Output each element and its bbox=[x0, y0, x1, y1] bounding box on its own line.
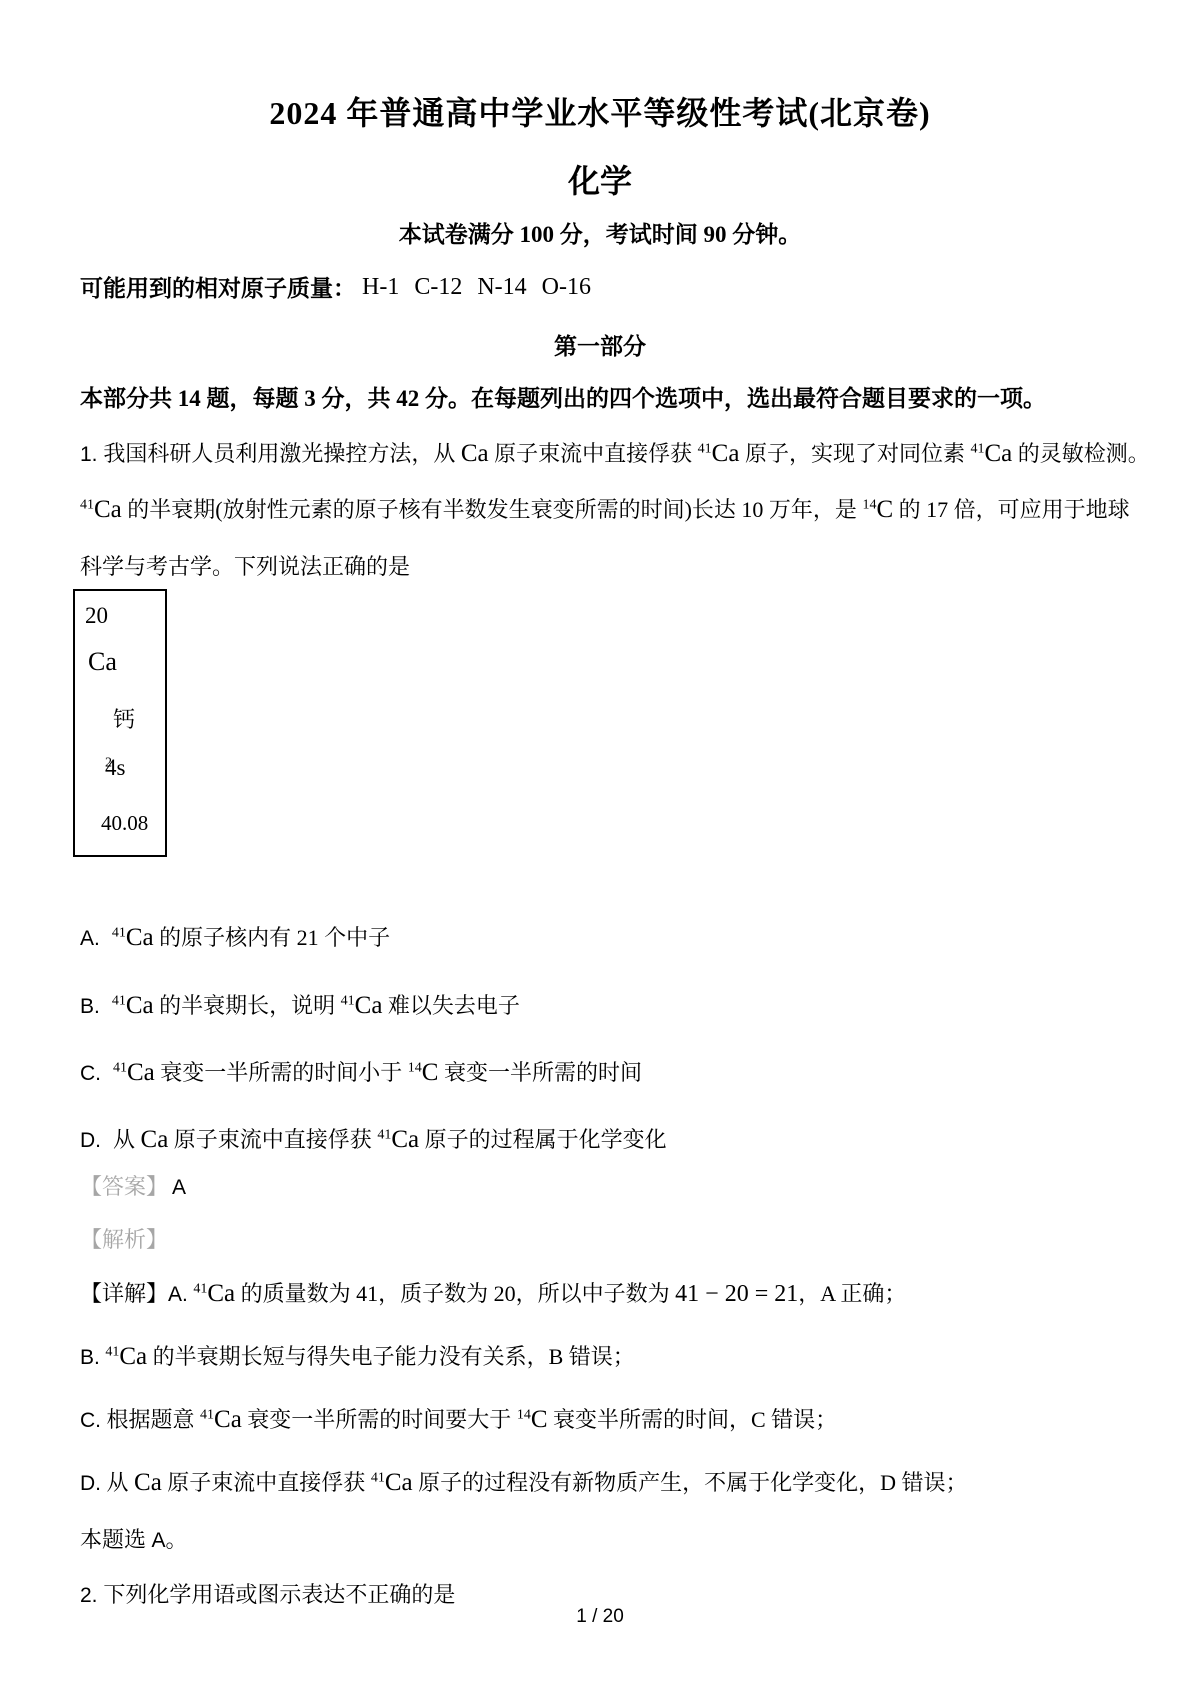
option-a-label: A. bbox=[80, 927, 100, 950]
element-atomic-mass: 40.08 bbox=[101, 811, 148, 836]
answer-value: A bbox=[172, 1176, 186, 1199]
option-d-text: 从 Ca 原子束流中直接俘获 41Ca 原子的过程属于化学变化 bbox=[113, 1127, 667, 1152]
answer-line: 【答案】A bbox=[80, 1170, 1122, 1201]
element-symbol: Ca bbox=[88, 647, 117, 677]
detail-line-a: 【详解】A. 41Ca 的质量数为 41，质子数为 20，所以中子数为 41 −… bbox=[80, 1276, 1122, 1313]
question1-option-c: C.41Ca 衰变一半所需的时间小于 14C 衰变一半所需的时间 bbox=[80, 1055, 1122, 1092]
question1-option-a: A.41Ca 的原子核内有 21 个中子 bbox=[80, 920, 1122, 957]
option-d-label: D. bbox=[80, 1129, 101, 1152]
analysis-line: 【解析】 bbox=[80, 1223, 1122, 1254]
detail-line-c: C. 根据题意 41Ca 衰变一半所需的时间要大于 14C 衰变半所需的时间，C… bbox=[80, 1402, 1122, 1439]
question1-option-d: D.从 Ca 原子束流中直接俘获 41Ca 原子的过程属于化学变化 bbox=[80, 1122, 1122, 1159]
atomic-mass-values: H-1 C-12 N-14 O-16 bbox=[362, 274, 591, 300]
option-b-text: 41Ca 的半衰期长，说明 41Ca 难以失去电子 bbox=[112, 993, 520, 1018]
exam-subject: 化学 bbox=[0, 156, 1200, 202]
option-c-label: C. bbox=[80, 1062, 101, 1085]
question1-option-b: B.41Ca 的半衰期长，说明 41Ca 难以失去电子 bbox=[80, 988, 1122, 1025]
page-number: 1 / 20 bbox=[0, 1606, 1200, 1628]
option-c-text: 41Ca 衰变一半所需的时间小于 14C 衰变一半所需的时间 bbox=[113, 1060, 642, 1085]
question1-stem-line2: 41Ca 的半衰期(放射性元素的原子核有半数发生衰变所需的时间)长达 10 万年… bbox=[80, 492, 1122, 528]
analysis-label: 【解析】 bbox=[80, 1227, 168, 1252]
option-a-text: 41Ca 的原子核内有 21 个中子 bbox=[112, 925, 390, 950]
option-b-label: B. bbox=[80, 995, 100, 1018]
element-atomic-number: 20 bbox=[85, 603, 108, 629]
section-title: 第一部分 bbox=[0, 328, 1200, 361]
question1-stem-line3: 科学与考古学。下列说法正确的是 bbox=[80, 549, 1122, 585]
exam-info: 本试卷满分 100 分，考试时间 90 分钟。 bbox=[0, 216, 1200, 249]
atomic-mass-line: 可能用到的相对原子质量：H-1 C-12 N-14 O-16 bbox=[80, 270, 1122, 303]
exam-title: 2024 年普通高中学业水平等级性考试(北京卷) bbox=[0, 88, 1200, 134]
detail-line-b: B. 41Ca 的半衰期长短与得失电子能力没有关系，B 错误； bbox=[80, 1339, 1122, 1376]
atomic-mass-label: 可能用到的相对原子质量： bbox=[80, 276, 356, 301]
element-cell-box: 20 Ca 钙 4s2 40.08 bbox=[73, 589, 167, 857]
section-instructions: 本部分共 14 题，每题 3 分，共 42 分。在每题列出的四个选项中，选出最符… bbox=[80, 380, 1122, 413]
element-name: 钙 bbox=[113, 703, 135, 734]
conclusion-line: 本题选 A。 bbox=[80, 1523, 1122, 1554]
question1-stem-line1: 1. 我国科研人员利用激光操控方法，从 Ca 原子束流中直接俘获 41Ca 原子… bbox=[80, 436, 1122, 473]
answer-label: 【答案】 bbox=[80, 1174, 168, 1199]
element-electron-config: 4s2 bbox=[105, 755, 112, 781]
exam-document-page: { "document": { "title": "2024 年普通高中学业水平… bbox=[0, 0, 1200, 1697]
detail-line-d: D. 从 Ca 原子束流中直接俘获 41Ca 原子的过程没有新物质产生，不属于化… bbox=[80, 1465, 1122, 1502]
question2-stem: 2. 下列化学用语或图示表达不正确的是 bbox=[80, 1578, 1122, 1609]
